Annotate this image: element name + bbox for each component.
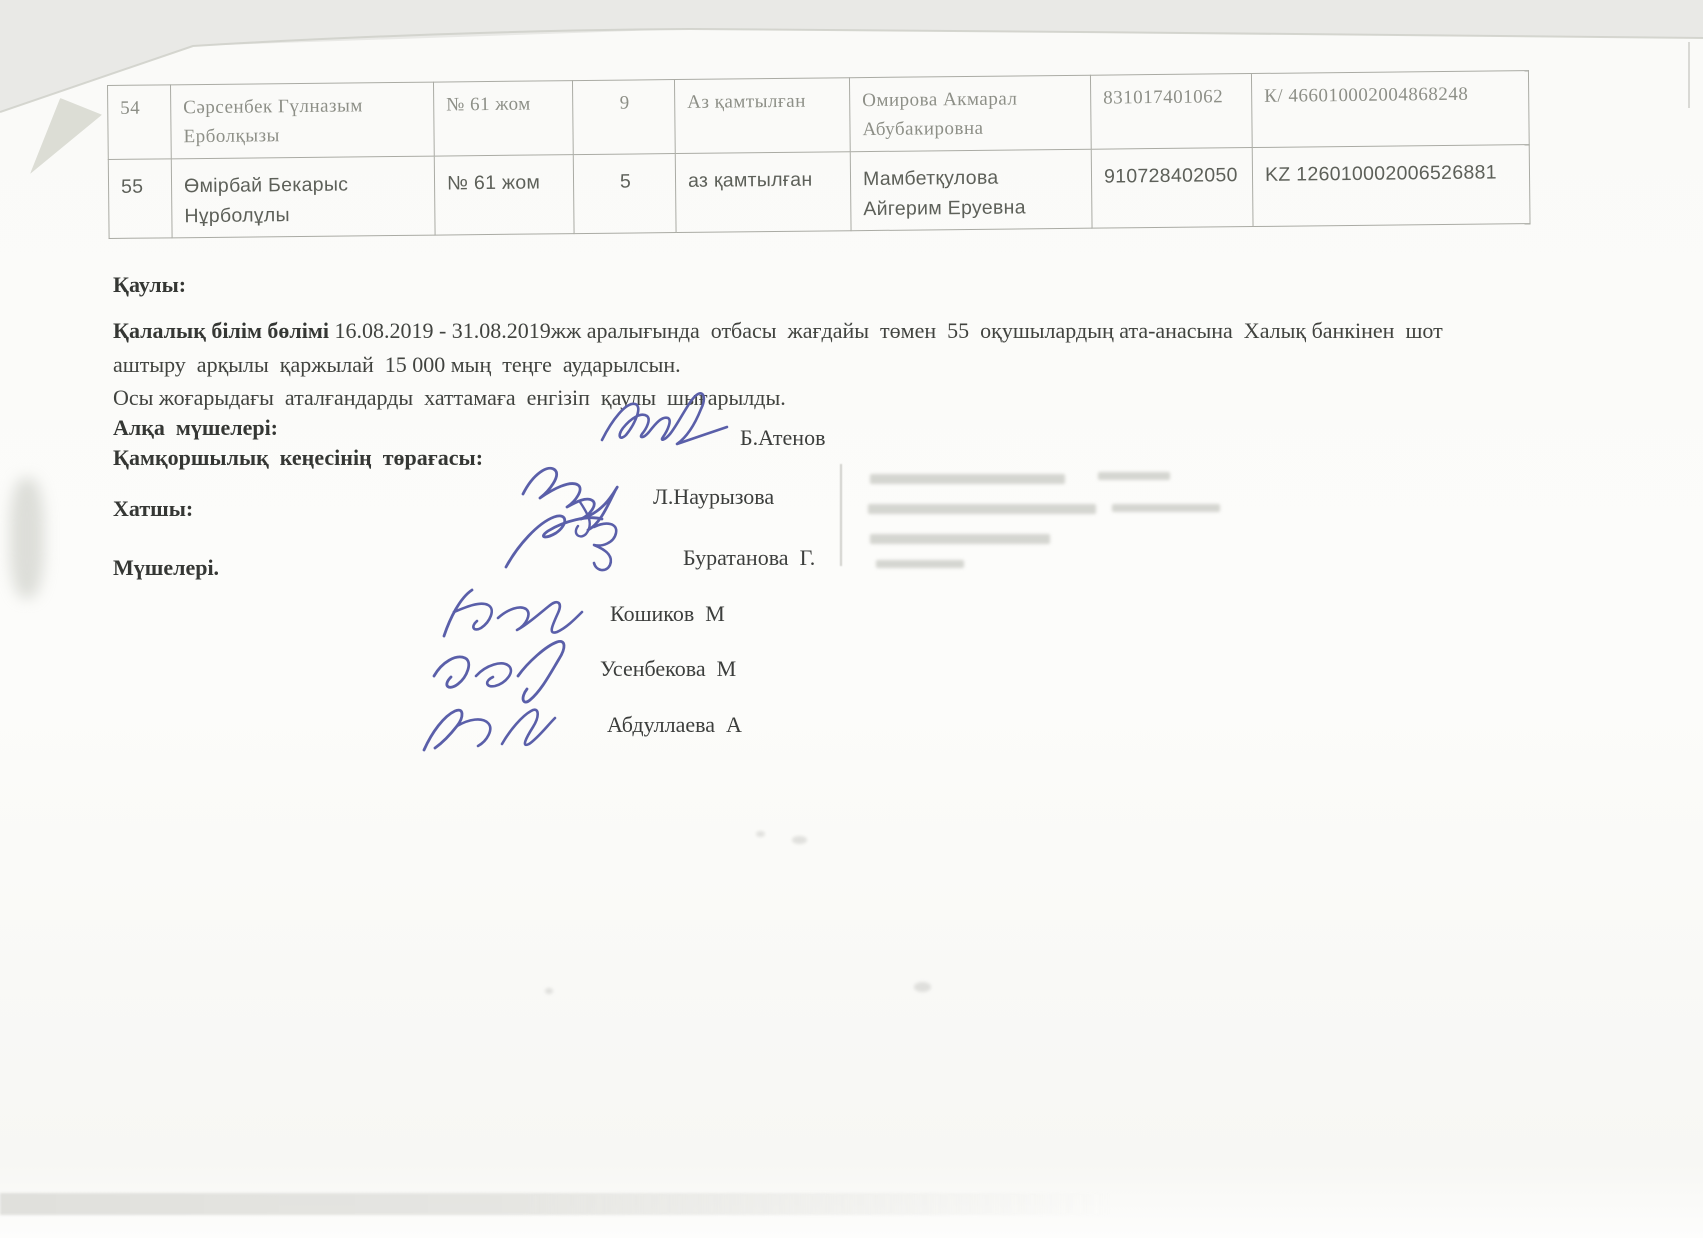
page-edge-line [1688, 42, 1690, 108]
scan-speck [792, 836, 807, 844]
bottom-scan-shadow [0, 1193, 1160, 1215]
table-row: 55 Өмірбай Бекарыс Нұрболұлы № 61 жом 5 … [108, 144, 1530, 238]
decision-paragraph-line1: Қалалық білім бөлімі 16.08.2019 - 31.08.… [113, 314, 1618, 347]
cell-iin: 831017401062 [1090, 74, 1252, 150]
scan-speck [756, 831, 765, 837]
left-edge-smudge [10, 478, 44, 598]
decision-paragraph-line2: аштыру арқылы қаржылай 15 000 мың теңге … [113, 348, 681, 381]
signature-member-abdullaeva [416, 696, 591, 762]
cell-parent-name: Омирова Акмарал Абубакировна [849, 75, 1091, 151]
decision-heading: Қаулы: [113, 268, 186, 301]
student-table: 54 Сәрсенбек Гүлназым Ерболқызы № 61 жом… [107, 70, 1531, 239]
cell-student-name: Өмірбай Бекарыс Нұрболұлы [171, 156, 435, 238]
scan-speck [914, 982, 931, 992]
cell-status: Аз қамтылған [674, 78, 850, 154]
signature-chairman [596, 390, 734, 452]
secretary-label: Хатшы: [113, 492, 193, 525]
cell-school: № 61 жом [434, 154, 574, 235]
cell-number: 55 [108, 159, 172, 239]
cell-parent-name: Мамбетқулова Айгерим Еруевна [850, 149, 1092, 231]
cell-number: 54 [108, 85, 172, 160]
decision-body-rest: 16.08.2019 - 31.08.2019жж аралығында отб… [329, 318, 1443, 343]
cell-account: KZ 126010002006526881 [1252, 144, 1530, 226]
chairman-name: Б.Атенов [740, 425, 825, 451]
cell-grade: 5 [573, 153, 676, 234]
scan-speck [545, 988, 553, 994]
board-members-heading: Алқа мүшелері: [113, 411, 278, 444]
department-name: Қалалық білім бөлімі [113, 318, 329, 343]
member-name: Кошиков М [610, 601, 725, 627]
member-name: Усенбекова М [600, 656, 736, 682]
signature-member-buratanova [498, 505, 658, 585]
cell-status: аз қамтылған [675, 152, 851, 233]
scanned-document: 54 Сәрсенбек Гүлназым Ерболқызы № 61 жом… [0, 0, 1703, 1238]
secretary-name: Л.Наурызова [653, 484, 774, 510]
cell-grade: 9 [572, 80, 675, 155]
cell-student-name: Сәрсенбек Гүлназым Ерболқызы [171, 82, 435, 159]
members-label: Мүшелері. [113, 551, 219, 584]
member-name: Буратанова Г. [683, 545, 815, 571]
cell-iin: 910728402050 [1091, 147, 1253, 228]
member-name: Абдуллаева А [607, 712, 742, 738]
cell-account: К/ 466010002004868248 [1251, 71, 1529, 148]
cell-school: № 61 жом [433, 81, 573, 156]
chairman-label: Қамқоршылық кеңесінің төрағасы: [113, 441, 483, 474]
